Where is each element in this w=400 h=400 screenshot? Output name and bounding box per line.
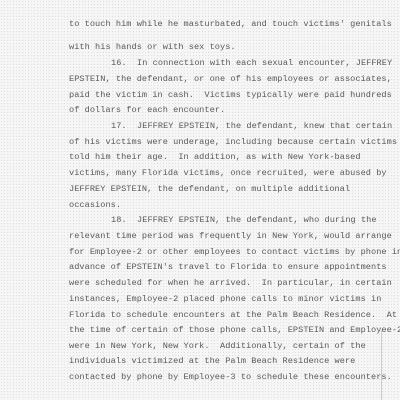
text-line: told him their age. In addition, as with…: [69, 152, 361, 162]
text-line: for Employee-2 or other employees to con…: [69, 247, 400, 257]
text-line: Florida to schedule encounters at the Pa…: [69, 310, 397, 320]
text-line: were in New York, New York. Additionally…: [69, 341, 366, 351]
text-line: individuals victimized at the Palm Beach…: [69, 356, 355, 366]
text-line: relevant time period was frequently in N…: [69, 231, 392, 241]
text-line: to touch him while he masturbated, and t…: [69, 19, 392, 29]
text-line: contacted by phone by Employee-3 to sche…: [69, 372, 392, 382]
text-line: were scheduled for when he arrived. In p…: [69, 278, 392, 288]
text-line: victims, many Florida victims, once recr…: [69, 168, 387, 178]
text-line: advance of EPSTEIN's travel to Florida t…: [69, 262, 387, 272]
paragraph-16-first-line: 16. In connection with each sexual encou…: [111, 58, 392, 68]
text-line: JEFFREY EPSTEIN, the defendant, on multi…: [69, 184, 350, 194]
text-line: instances, Employee-2 placed phone calls…: [69, 294, 381, 304]
text-line: EPSTEIN, the defendant, or one of his em…: [69, 74, 392, 84]
paragraph-17-first-line: 17. JEFFREY EPSTEIN, the defendant, knew…: [111, 121, 392, 131]
paragraph-18-first-line: 18. JEFFREY EPSTEIN, the defendant, who …: [111, 215, 377, 225]
text-line: the time of certain of those phone calls…: [69, 325, 400, 335]
scanned-document-page: to touch him while he masturbated, and t…: [0, 0, 400, 400]
page-edge-line: [381, 330, 382, 400]
text-line: with his hands or with sex toys.: [69, 42, 236, 52]
text-line: of his victims were underage, including …: [69, 137, 397, 147]
text-line: of dollars for each encounter.: [69, 105, 225, 115]
text-line: occasions.: [69, 200, 121, 210]
text-line: paid the victim in cash. Victims typical…: [69, 90, 392, 100]
